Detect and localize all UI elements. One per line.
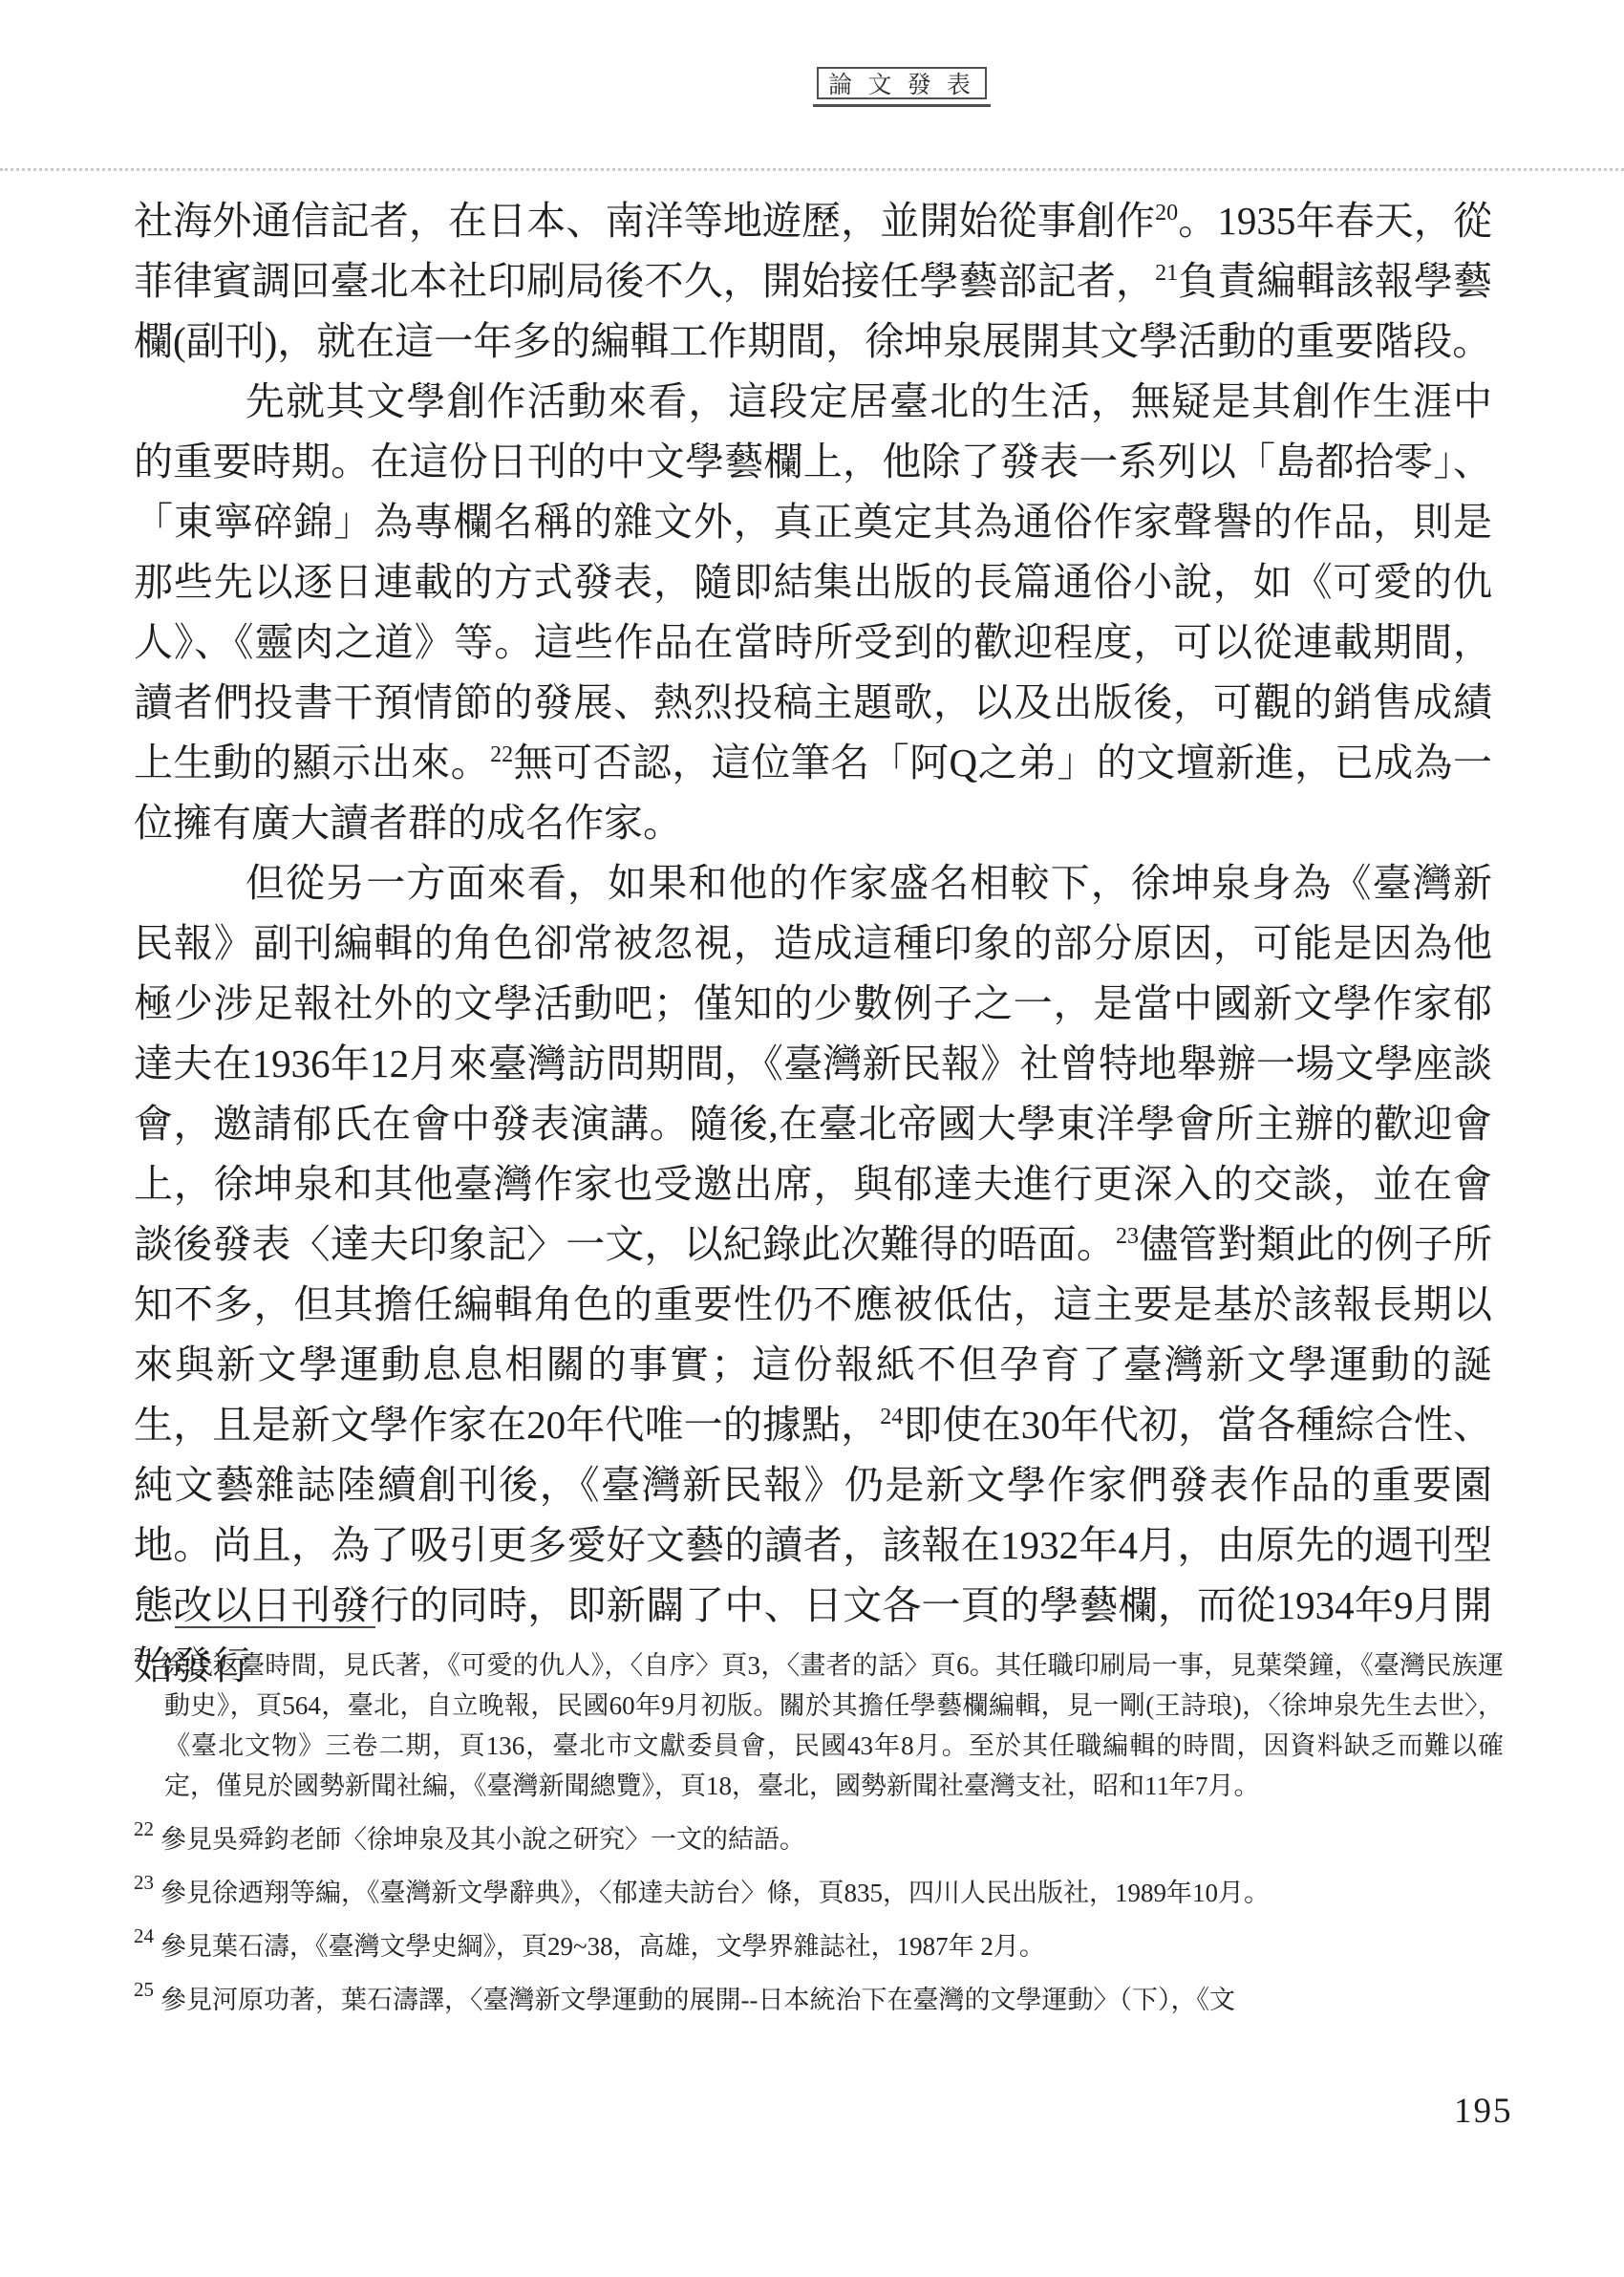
footnote-text: 徐氏返臺時間，見氏著，《可愛的仇人》，〈自序〉頁3，〈畫者的話〉頁6。其任職印刷… bbox=[160, 1651, 1504, 1800]
footnote-ref: 24 bbox=[880, 1405, 903, 1429]
footnote-item-22: 22參見吳舜鈞老師〈徐坤泉及其小說之研究〉一文的結語。 bbox=[134, 1819, 1504, 1859]
footnote-number: 23 bbox=[134, 1871, 154, 1894]
footnote-separator-rule bbox=[175, 1626, 375, 1628]
footnote-ref: 21 bbox=[1155, 261, 1178, 286]
footnote-item-24: 24參見葉石濤，《臺灣文學史綱》，頁29~38，高雄，文學界雜誌社，1987年 … bbox=[134, 1926, 1504, 1966]
running-header-label: 論 文 發 表 bbox=[828, 66, 975, 100]
scanned-document-page: 論 文 發 表 社海外通信記者，在日本、南洋等地遊歷，並開始從事創作20。193… bbox=[0, 0, 1624, 2277]
footnote-text: 參見葉石濤，《臺灣文學史綱》，頁29~38，高雄，文學界雜誌社，1987年 2月… bbox=[160, 1932, 1045, 1961]
footnotes: 21徐氏返臺時間，見氏著，《可愛的仇人》，〈自序〉頁3，〈畫者的話〉頁6。其任職… bbox=[134, 1645, 1504, 2033]
running-header-box: 論 文 發 表 bbox=[817, 67, 987, 99]
text-run: 先就其文學創作活動來看，這段定居臺北的生活，無疑是其創作生涯中的重要時期。在這份… bbox=[134, 379, 1492, 784]
footnote-ref: 20 bbox=[1155, 201, 1178, 226]
footnote-ref: 23 bbox=[1116, 1224, 1139, 1249]
paragraph-3: 但從另一方面來看，如果和他的作家盛名相較下，徐坤泉身為《臺灣新民報》副刊編輯的角… bbox=[134, 853, 1492, 1696]
paragraph-2: 先就其文學創作活動來看，這段定居臺北的生活，無疑是其創作生涯中的重要時期。在這份… bbox=[134, 372, 1492, 853]
footnote-number: 24 bbox=[134, 1924, 154, 1947]
text-run: 但從另一方面來看，如果和他的作家盛名相較下，徐坤泉身為《臺灣新民報》副刊編輯的角… bbox=[134, 861, 1492, 1266]
page-number: 195 bbox=[1454, 2091, 1513, 2132]
footnote-text: 參見徐迺翔等編，《臺灣新文學辭典》，〈郁達夫訪台〉條，頁835，四川人民出版社，… bbox=[160, 1879, 1270, 1907]
footnote-text: 參見河原功著，葉石濤譯，〈臺灣新文學運動的展開--日本統治下在臺灣的文學運動〉（… bbox=[160, 1986, 1235, 2014]
footnote-item-25: 25參見河原功著，葉石濤譯，〈臺灣新文學運動的展開--日本統治下在臺灣的文學運動… bbox=[134, 1980, 1504, 2020]
footnote-item-21: 21徐氏返臺時間，見氏著，《可愛的仇人》，〈自序〉頁3，〈畫者的話〉頁6。其任職… bbox=[134, 1645, 1504, 1806]
text-run: 社海外通信記者，在日本、南洋等地遊歷，並開始從事創作 bbox=[134, 199, 1155, 243]
footnote-number: 25 bbox=[134, 1978, 154, 2001]
footnote-number: 21 bbox=[134, 1643, 154, 1666]
body-text: 社海外通信記者，在日本、南洋等地遊歷，並開始從事創作20。1935年春天，從菲律… bbox=[134, 191, 1492, 1696]
paragraph-1: 社海外通信記者，在日本、南洋等地遊歷，並開始從事創作20。1935年春天，從菲律… bbox=[134, 191, 1492, 372]
footnote-ref: 22 bbox=[490, 742, 513, 767]
footnote-text: 參見吳舜鈞老師〈徐坤泉及其小說之研究〉一文的結語。 bbox=[160, 1825, 805, 1854]
footnote-number: 22 bbox=[134, 1817, 154, 1840]
footnote-item-23: 23參見徐迺翔等編，《臺灣新文學辭典》，〈郁達夫訪台〉條，頁835，四川人民出版… bbox=[134, 1873, 1504, 1913]
running-header-underline bbox=[813, 104, 991, 107]
header-dotted-rule bbox=[0, 168, 1624, 171]
